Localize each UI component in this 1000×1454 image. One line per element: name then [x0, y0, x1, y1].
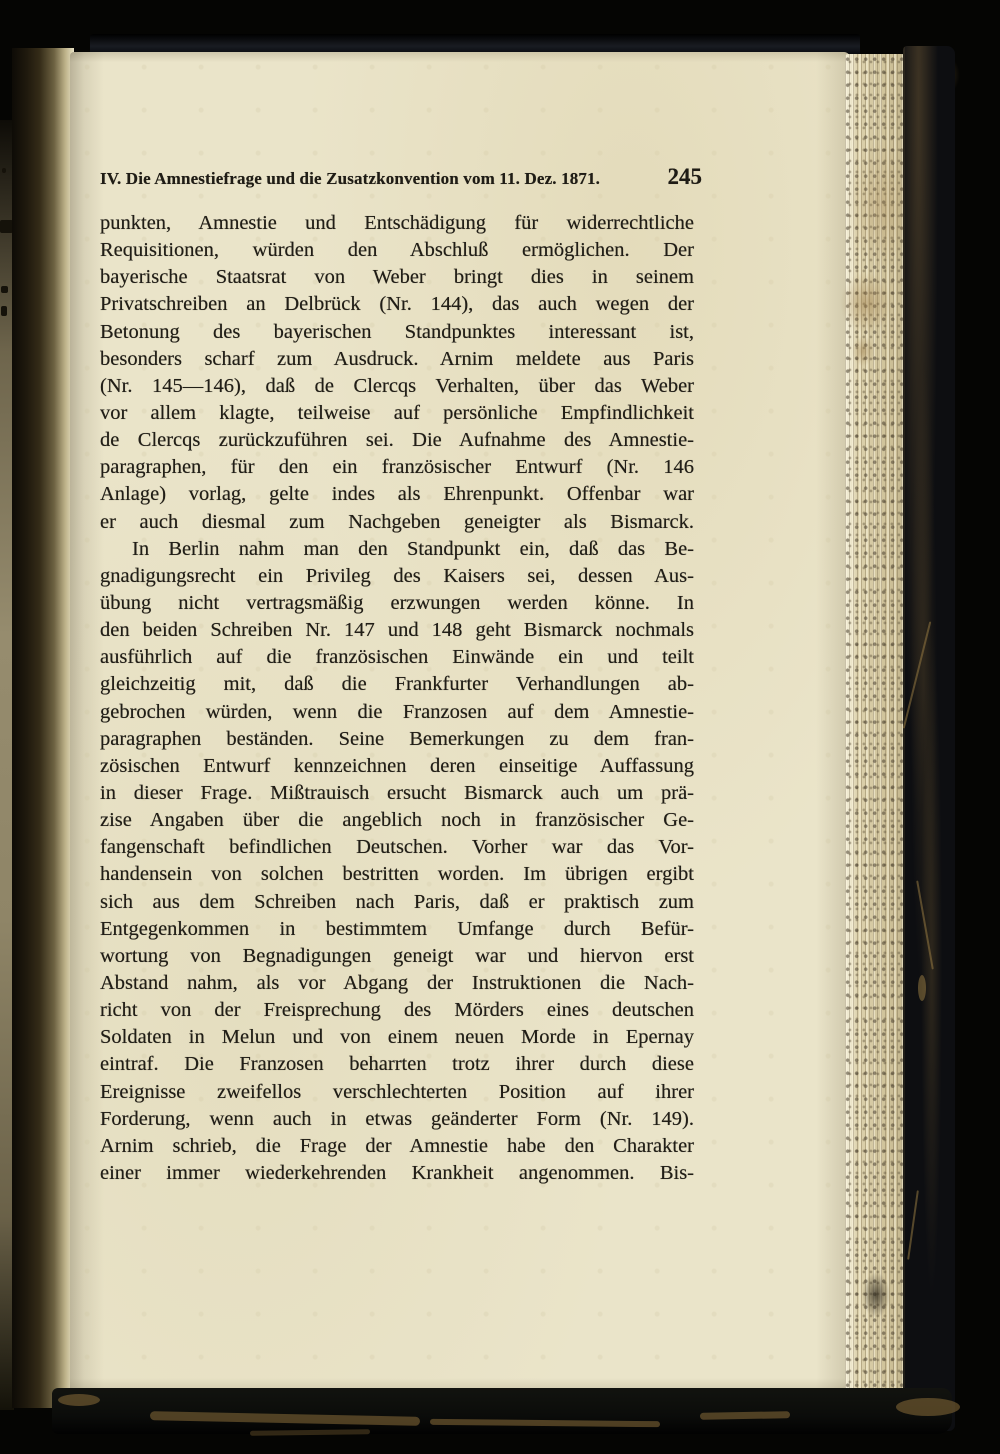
fore-edge-dark-mark	[862, 1272, 890, 1318]
text-line: wortung von Begnadigungen geneigt war un…	[100, 945, 694, 972]
text-line: gnadigungsrecht ein Privileg des Kaisers…	[100, 565, 694, 592]
cover-worn-mark	[250, 1429, 370, 1436]
text-line: paragraphen beständen. Seine Bemerkungen…	[100, 728, 694, 755]
facing-page-text-fragment	[1, 286, 8, 293]
text-line: übung nicht vertragsmäßig erzwungen werd…	[100, 592, 694, 619]
text-line: (Nr. 145—146), daß de Clercqs Verhalten,…	[100, 375, 694, 402]
cover-worn-mark	[896, 1398, 960, 1416]
cover-worn-mark	[58, 1394, 100, 1406]
text-line: bayerische Staatsrat von Weber bringt di…	[100, 266, 694, 293]
text-line: sich aus dem Schreiben nach Paris, daß e…	[100, 891, 694, 918]
text-line: fangenschaft befindlichen Deutschen. Vor…	[100, 836, 694, 863]
page-header: IV. Die Amnestiefrage und die Zusatzkonv…	[100, 164, 702, 190]
text-line: vor allem klagte, teilweise auf persönli…	[100, 402, 694, 429]
running-header-title: IV. Die Amnestiefrage und die Zusatzkonv…	[100, 169, 600, 189]
text-line: er auch diesmal zum Nachgeben geneigter …	[100, 511, 694, 538]
cover-marbling-vein	[918, 975, 926, 1001]
text-line: in dieser Frage. Mißtrauisch ersucht Bis…	[100, 782, 694, 809]
page-number: 245	[668, 164, 703, 190]
text-line: ausführlich auf die französischen Einwän…	[100, 646, 694, 673]
text-line: Forderung, wenn auch in etwas geänderter…	[100, 1108, 694, 1135]
text-line: de Clercqs zurückzuführen sei. Die Aufna…	[100, 429, 694, 456]
book-cover-edge-right	[903, 46, 955, 1431]
text-line: einer immer wiederkehrenden Krankheit an…	[100, 1162, 694, 1189]
text-line: gebrochen würden, wenn die Franzosen auf…	[100, 701, 694, 728]
book-scan: IV. Die Amnestiefrage und die Zusatzkonv…	[0, 0, 1000, 1454]
text-line: paragraphen, für den ein französischer E…	[100, 456, 694, 483]
book-page: IV. Die Amnestiefrage und die Zusatzkonv…	[70, 52, 850, 1392]
text-line: Anlage) vorlag, gelte indes als Ehrenpun…	[100, 483, 694, 510]
text-line: richt von der Freisprechung des Mörders …	[100, 999, 694, 1026]
text-line: besonders scharf zum Ausdruck. Arnim mel…	[100, 348, 694, 375]
text-line: Entgegenkommen in bestimmtem Umfange dur…	[100, 918, 694, 945]
page-stain	[852, 336, 874, 366]
text-line: In Berlin nahm man den Standpunkt ein, d…	[100, 538, 694, 565]
facing-page-text-fragment	[2, 168, 6, 173]
text-line: Abstand nahm, als vor Abgang der Instruk…	[100, 972, 694, 999]
text-line: Requisitionen, würden den Abschluß ermög…	[100, 239, 694, 266]
text-line: zösischen Entwurf kennzeichnen deren ein…	[100, 755, 694, 782]
text-line: zise Angaben über die angeblich noch in …	[100, 809, 694, 836]
text-line: Soldaten in Melun und von einem neuen Mo…	[100, 1026, 694, 1053]
fore-edge-discoloration	[845, 140, 904, 270]
facing-page-text-fragment	[1, 306, 7, 316]
text-line: eintraf. Die Franzosen beharrten trotz i…	[100, 1053, 694, 1080]
text-line: handensein von solchen bestritten worden…	[100, 863, 694, 890]
text-line: Ereignisse zweifellos verschlechterten P…	[100, 1081, 694, 1108]
page-stain	[840, 272, 892, 334]
text-line: Arnim schrieb, die Frage der Amnestie ha…	[100, 1135, 694, 1162]
text-line: Betonung des bayerischen Standpunktes in…	[100, 321, 694, 348]
text-line: gleichzeitig mit, daß die Frankfurter Ve…	[100, 673, 694, 700]
gutter-shadow	[12, 48, 74, 1408]
text-line: den beiden Schreiben Nr. 147 und 148 geh…	[100, 619, 694, 646]
text-line: Privatschreiben an Delbrück (Nr. 144), d…	[100, 293, 694, 320]
page-body-text: punkten, Amnestie und Entschädigung für …	[100, 212, 694, 1189]
text-line: punkten, Amnestie und Entschädigung für …	[100, 212, 694, 239]
